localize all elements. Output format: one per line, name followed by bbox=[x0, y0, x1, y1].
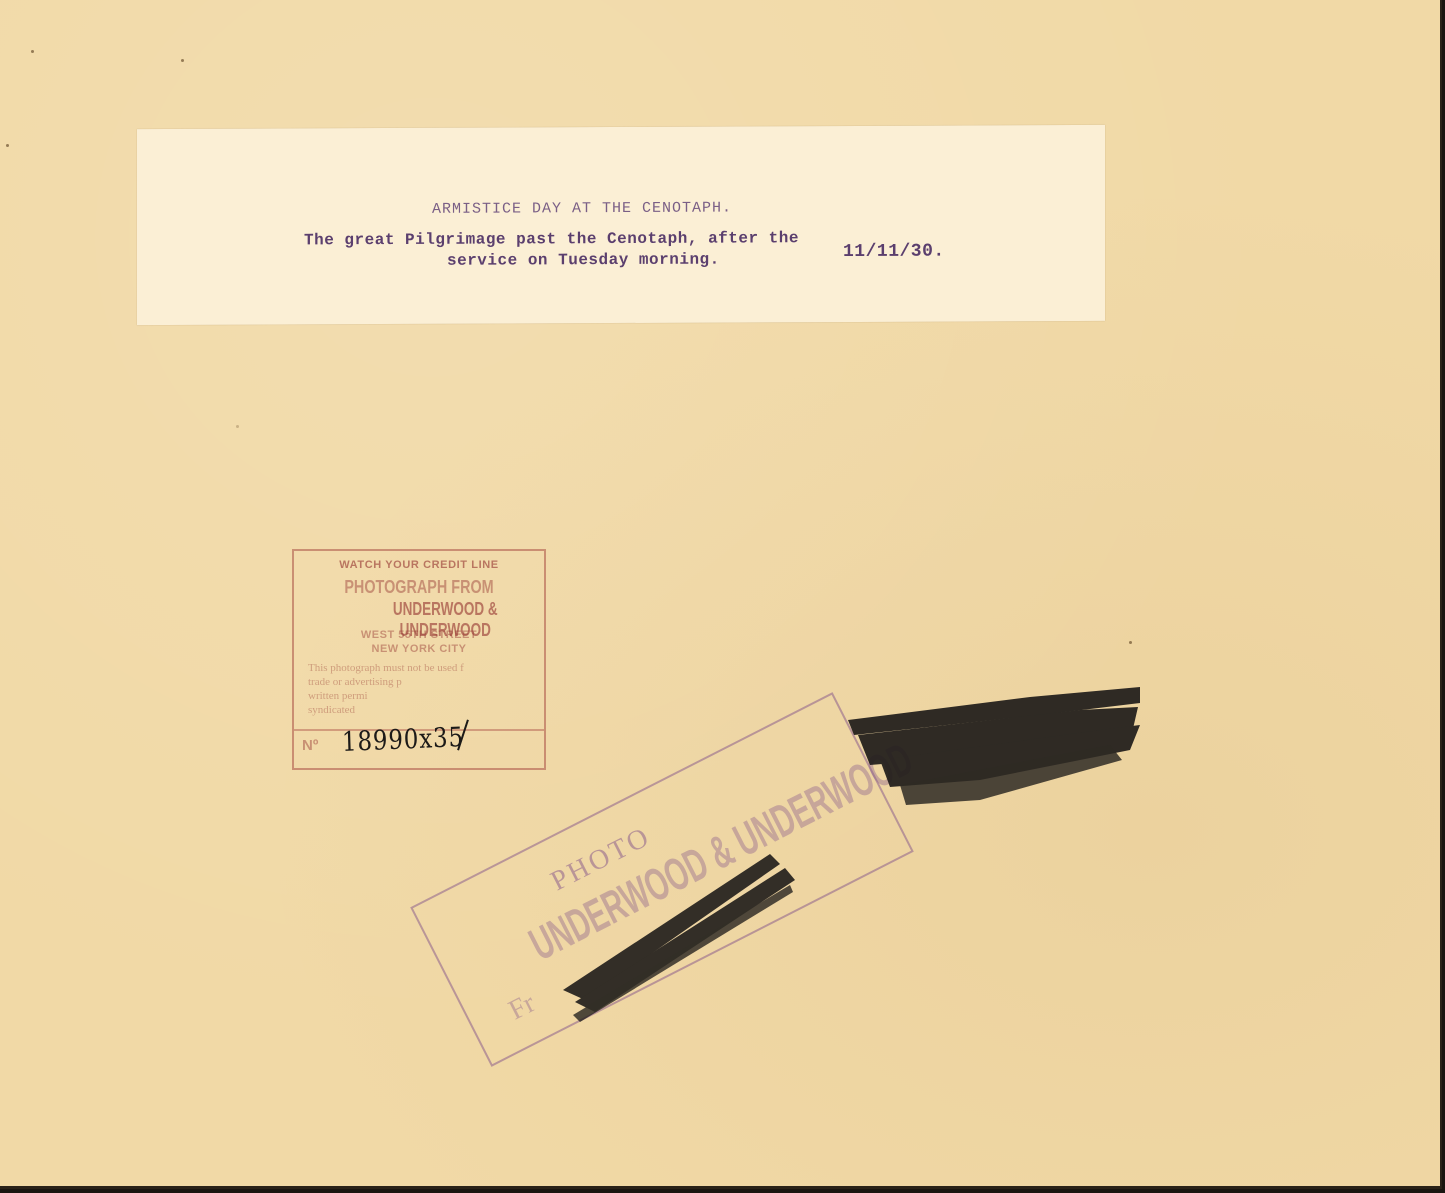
notice-line: written permi bbox=[308, 689, 528, 703]
notice-line: trade or advertising p bbox=[308, 675, 528, 689]
paper-speck bbox=[181, 59, 184, 62]
credit-stamp-notice: This photograph must not be used f trade… bbox=[308, 661, 528, 717]
credit-line-stamp: WATCH YOUR CREDIT LINE PHOTOGRAPH FROM U… bbox=[292, 549, 546, 770]
caption-date: 11/11/30. bbox=[843, 242, 945, 262]
notice-line: This photograph must not be used f bbox=[308, 661, 528, 675]
photo-stamp-line-3: Fr bbox=[504, 987, 541, 1027]
paper-speck bbox=[6, 144, 9, 147]
paper-speck bbox=[236, 425, 239, 428]
paper-speck bbox=[31, 50, 34, 53]
paper-speck bbox=[1129, 641, 1132, 644]
caption-line-1: The great Pilgrimage past the Cenotaph, … bbox=[304, 229, 799, 249]
credit-stamp-street: WEST 55TH STREET bbox=[294, 629, 544, 641]
photo-verso-sheet: ARMISTICE DAY AT THE CENOTAPH. The great… bbox=[0, 0, 1442, 1189]
caption-text-block: ARMISTICE DAY AT THE CENOTAPH. The great… bbox=[137, 125, 1105, 129]
credit-stamp-number-label: Nº bbox=[302, 737, 318, 754]
caption-title: ARMISTICE DAY AT THE CENOTAPH. bbox=[432, 200, 732, 218]
caption-label: ARMISTICE DAY AT THE CENOTAPH. The great… bbox=[137, 125, 1105, 325]
credit-stamp-city: NEW YORK CITY bbox=[294, 643, 544, 655]
notice-line: syndicated bbox=[308, 703, 528, 717]
credit-stamp-photo-from: PHOTOGRAPH FROM bbox=[319, 577, 519, 598]
handwritten-photo-number: 18990x35 bbox=[342, 722, 465, 758]
credit-stamp-header: WATCH YOUR CREDIT LINE bbox=[294, 559, 544, 571]
pencil-scribble-diagonal bbox=[555, 850, 805, 1025]
caption-line-2: service on Tuesday morning. bbox=[447, 251, 720, 270]
pencil-scribble-right bbox=[840, 675, 1160, 820]
